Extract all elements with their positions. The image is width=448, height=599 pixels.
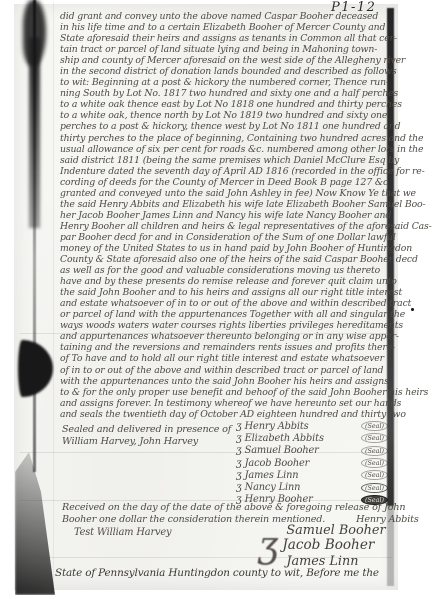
body-line: the said Henry Abbits and Elizabeth his … (60, 199, 392, 210)
signature-row: ʒ Elizabeth Abbits (Seal) (236, 432, 388, 444)
seal-mark: (Seal) (361, 433, 388, 443)
body-line: did grant and convey unto the above name… (60, 11, 392, 22)
body-line: as well as for the good and valuable con… (60, 265, 392, 276)
body-line: said district 1811 (being the same premi… (60, 155, 392, 166)
signature-name: Henry Abbits (245, 421, 358, 432)
attestation-line: Sealed and delivered in presence of (62, 424, 231, 436)
signature-name: Nancy Linn (245, 482, 358, 493)
body-line: and appurtenances whatsoever thereunto b… (60, 331, 392, 342)
body-line: and assigns forever. In testimony whereo… (60, 398, 392, 409)
signature-row: ʒ Henry Abbits (Seal) (236, 420, 388, 432)
body-line: her Jacob Booher James Linn and Nancy hi… (60, 210, 392, 221)
signature-name: Elizabeth Abbits (245, 433, 358, 444)
flourish-icon: ʒ (236, 421, 242, 432)
body-line: State aforesaid their heirs and assigns … (60, 33, 392, 44)
body-line: with the appurtenances unto the said Joh… (60, 376, 392, 387)
flourish-icon: ʒ (236, 458, 242, 469)
body-line: ning South by Lot No. 1817 two hundred a… (60, 88, 392, 99)
signature-name: James Linn (245, 470, 358, 481)
body-line: perches to a post & hickory, thence west… (60, 121, 392, 132)
body-line: ship and county of Mercer aforesaid on t… (60, 55, 392, 66)
body-line: thirty perches to the place of beginning… (60, 133, 392, 144)
body-line: or parcel of land with the appurtenances… (60, 309, 392, 320)
body-line: taining and the reversions and remainder… (60, 342, 392, 353)
body-line: cording of deeds for the County of Merce… (60, 177, 392, 188)
seal-mark: (Seal) (361, 446, 388, 456)
body-line: to wit: Beginning at a post & hickory th… (60, 77, 392, 88)
body-line: to a white oak, thence north by Lot No 1… (60, 110, 392, 121)
body-line: County & State aforesaid also one of the… (60, 254, 392, 265)
brace-flourish-icon: ʒ (258, 522, 278, 570)
signature-name: Jacob Booher (245, 458, 358, 469)
receipt-witness: Test William Harvey (74, 527, 171, 538)
signature-row: ʒ Nancy Linn (Seal) (236, 481, 388, 493)
body-line: in the second district of donation lands… (60, 66, 392, 77)
binding-shadow-line (33, 0, 36, 472)
notary-acknowledgment-line: State of Pennsylvania Huntingdon county … (55, 567, 379, 579)
receipt-line: Received on the day of the date of the a… (62, 502, 392, 514)
signature-row: ʒ Samuel Booher (Seal) (236, 445, 388, 457)
body-line: ways woods waters water courses rights l… (60, 320, 392, 331)
body-line: to & for the only proper use benefit and… (60, 387, 392, 398)
receipt-signatures: Samuel Booher Jacob Booher James Linn (286, 523, 385, 570)
flourish-icon: ʒ (236, 482, 242, 493)
body-line: to a white oak thence east by Lot No 181… (60, 99, 392, 110)
body-line: and estate whatsoever of in to or out of… (60, 298, 392, 309)
body-line: granted and conveyed unto the said John … (60, 188, 392, 199)
body-line: tain tract or parcel of land situate lyi… (60, 44, 392, 55)
body-line: in his life time and to a certain Elizab… (60, 22, 392, 33)
attestation-witnesses: William Harvey, John Harvey (62, 436, 231, 448)
body-line: usual allowance of six per cent for road… (60, 144, 392, 155)
signature-name: Jacob Booher (282, 538, 385, 554)
seal-mark: (Seal) (361, 470, 388, 480)
body-line: of To have and to hold all our right tit… (60, 353, 392, 364)
body-line: the said John Booher and to his heirs an… (60, 287, 392, 298)
signature-block: ʒ Henry Abbits (Seal) ʒ Elizabeth Abbits… (236, 420, 388, 506)
signature-name: Samuel Booher (286, 523, 385, 539)
body-line: Indenture dated the seventh day of April… (60, 166, 392, 177)
attestation-block: Sealed and delivered in presence of Will… (62, 424, 231, 448)
seal-mark: (Seal) (361, 458, 388, 468)
flourish-icon: ʒ (236, 433, 242, 444)
signature-row: ʒ Jacob Booher (Seal) (236, 457, 388, 469)
signature-name: Samuel Booher (245, 445, 358, 456)
receipt-signature-block: ʒ Samuel Booher Jacob Booher James Linn (258, 522, 386, 570)
deed-body-text: did grant and convey unto the above name… (60, 11, 392, 420)
body-line: and seals the twentieth day of October A… (60, 409, 392, 420)
ink-dot (411, 308, 414, 311)
body-line: Henry Booher all children and heirs & le… (60, 221, 392, 232)
flourish-icon: ʒ (236, 470, 242, 481)
margin-rule-line (53, 2, 54, 590)
scanned-deed-page: P1-12 did grant and convey unto the abov… (0, 0, 448, 599)
flourish-icon: ʒ (236, 445, 242, 456)
signature-row: ʒ James Linn (Seal) (236, 469, 388, 481)
body-line: par Booher decd for and in Consideration… (60, 232, 392, 243)
seal-mark: (Seal) (361, 483, 388, 493)
body-line: of in to or out of the above and within … (60, 365, 392, 376)
body-line: have and by these presents do remise rel… (60, 276, 392, 287)
body-line: money of the United States to us in hand… (60, 243, 392, 254)
seal-mark: (Seal) (361, 421, 388, 431)
